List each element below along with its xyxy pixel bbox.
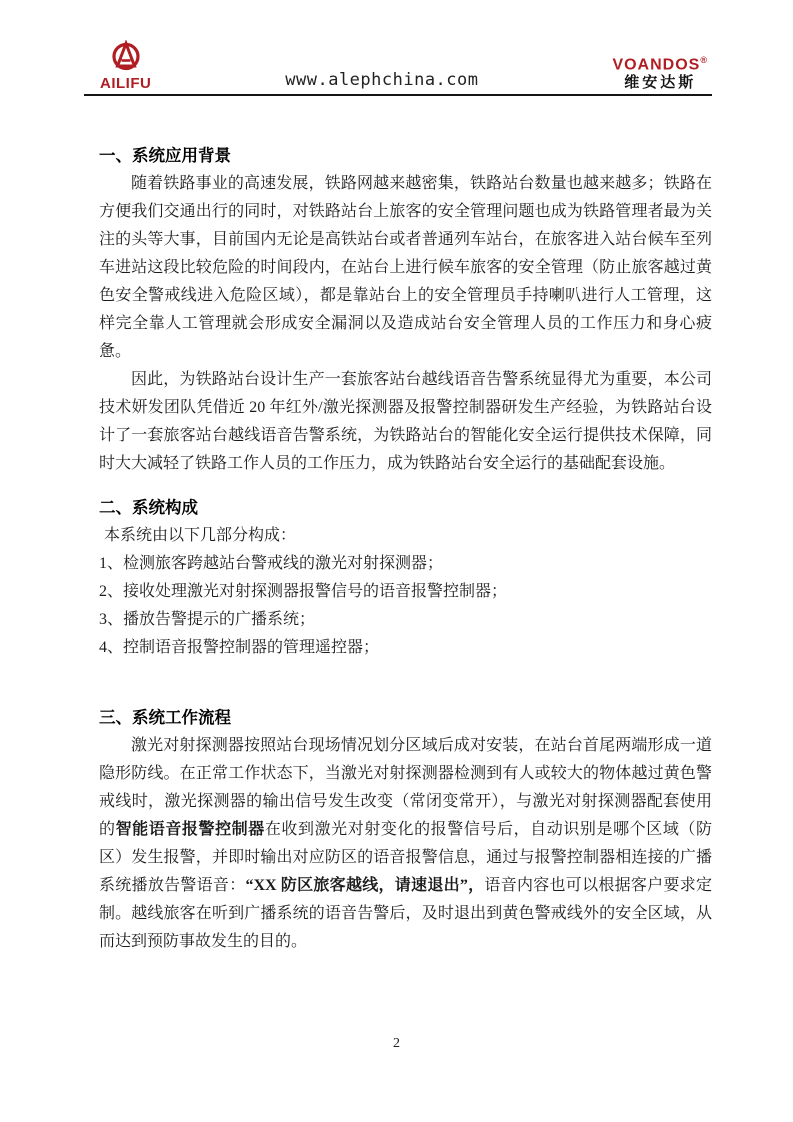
section-2-intro: 本系统由以下几部分构成： [99, 522, 712, 550]
list-item: 4、控制语音报警控制器的管理遥控器； [99, 634, 712, 662]
bold-controller-name: 智能语音报警控制器 [116, 821, 265, 838]
voandos-wordmark: VOANDOS® [612, 56, 708, 73]
document-body: 一、系统应用背景 随着铁路事业的高速发展，铁路网越来越密集，铁路站台数量也越来越… [99, 142, 712, 956]
section-2-title: 二、系统构成 [99, 494, 712, 522]
voandos-logo: VOANDOS® 维安达斯 [612, 56, 708, 91]
ailifu-logo: AILIFU [100, 40, 151, 91]
ailifu-wordmark: AILIFU [100, 76, 151, 91]
section-3-title: 三、系统工作流程 [99, 704, 712, 732]
header-url: www.alephchina.com [285, 70, 478, 91]
registered-mark: ® [700, 55, 708, 65]
list-item: 1、检测旅客跨越站台警戒线的激光对射探测器； [99, 550, 712, 578]
bold-alert-message: “XX 防区旅客越线，请速退出”， [245, 877, 484, 894]
list-item: 3、播放告警提示的广播系统； [99, 606, 712, 634]
page-header: AILIFU www.alephchina.com VOANDOS® 维安达斯 [84, 44, 712, 96]
ailifu-circle-a-icon [108, 40, 144, 75]
voandos-chinese-name: 维安达斯 [624, 76, 696, 91]
page-number: 2 [0, 1036, 793, 1052]
section-1-paragraph-2: 因此，为铁路站台设计生产一套旅客站台越线语音告警系统显得尤为重要，本公司技术妍发… [99, 366, 712, 478]
section-1-paragraph-1: 随着铁路事业的高速发展，铁路网越来越密集，铁路站台数量也越来越多；铁路在方便我们… [99, 170, 712, 366]
section-3-paragraph: 激光对射探测器按照站台现场情况划分区域后成对安装，在站台首尾两端形成一道隐形防线… [99, 732, 712, 956]
section-1-title: 一、系统应用背景 [99, 142, 712, 170]
document-page: AILIFU www.alephchina.com VOANDOS® 维安达斯 … [0, 0, 793, 1122]
list-item: 2、接收处理激光对射探测器报警信号的语音报警控制器； [99, 578, 712, 606]
